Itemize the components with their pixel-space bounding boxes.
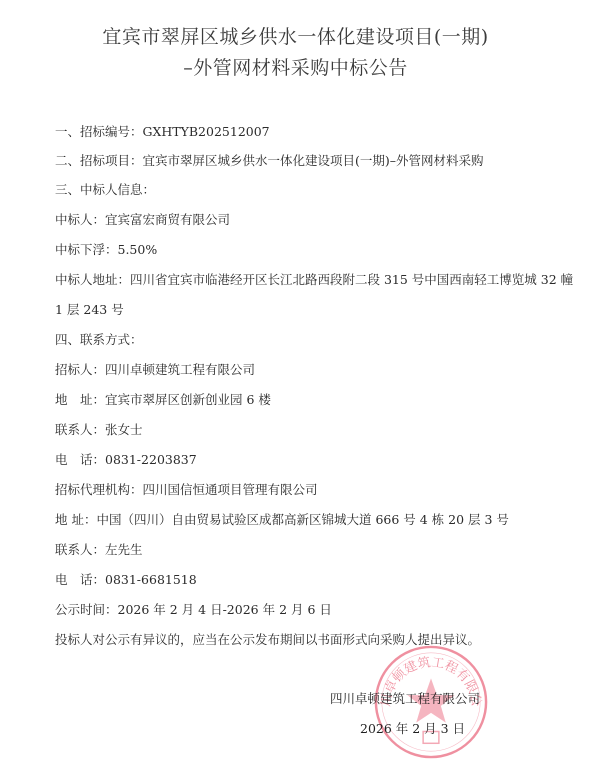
tenderer-phone: 电 话：0831-2203837	[55, 450, 197, 468]
signature-company: 四川卓顿建筑工程有限公司	[330, 689, 480, 707]
winner-address-line-1: 中标人地址：四川省宜宾市临港经开区长江北路西段附二段 315 号中国西南轻工博览…	[55, 270, 573, 288]
bid-number: 一、招标编号：GXHTYB202512007	[55, 122, 270, 140]
contact-header: 四、联系方式：	[55, 330, 143, 348]
winner-address-line-2: 1 层 243 号	[55, 300, 124, 318]
bid-project: 二、招标项目：宜宾市翠屏区城乡供水一体化建设项目(一期)–外管网材料采购	[55, 151, 484, 169]
notice-title-line-2: –外管网材料采购中标公告	[0, 53, 591, 80]
winner-name: 中标人：宜宾富宏商贸有限公司	[55, 210, 230, 228]
agency-address: 地 址：中国（四川）自由贸易试验区成都高新区锦城大道 666 号 4 栋 20 …	[55, 510, 509, 528]
tenderer-contact: 联系人：张女士	[55, 420, 143, 438]
publicity-period: 公示时间：2026 年 2 月 4 日-2026 年 2 月 6 日	[55, 600, 332, 618]
tenderer-name: 招标人：四川卓顿建筑工程有限公司	[55, 360, 255, 378]
winner-discount: 中标下浮：5.50%	[55, 240, 157, 258]
agency-contact: 联系人：左先生	[55, 540, 143, 558]
winner-info-header: 三、中标人信息：	[55, 180, 155, 198]
notice-title-line-1: 宜宾市翠屏区城乡供水一体化建设项目(一期)	[0, 22, 591, 49]
tenderer-address: 地 址：宜宾市翠屏区创新创业园 6 楼	[55, 390, 271, 408]
agency-name: 招标代理机构：四川国信恒通项目管理有限公司	[55, 480, 318, 498]
signature-date: 2026 年 2 月 3 日	[360, 719, 465, 737]
agency-phone: 电 话：0831-6681518	[55, 570, 197, 588]
